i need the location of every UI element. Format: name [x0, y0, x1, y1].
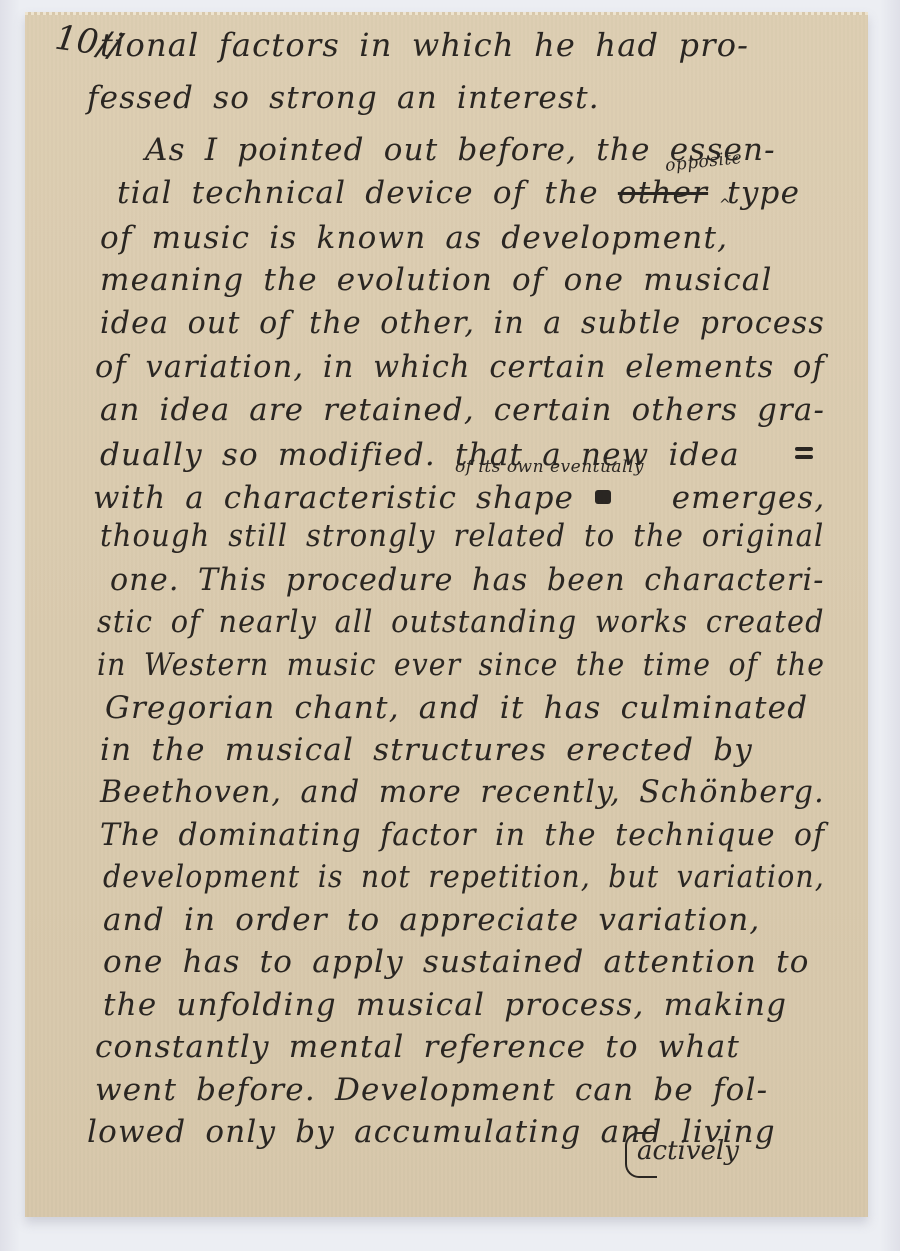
text-line-22: one has to apply sustained attention to — [103, 944, 810, 980]
text-line-5: of music is known as development, — [100, 220, 728, 256]
text-line-6: meaning the evolution of one musical — [100, 262, 773, 298]
text-line-13: one. This procedure has been characteri- — [110, 562, 825, 598]
text-line-8: of variation, in which certain elements … — [95, 349, 825, 385]
text-line-11: with a characteristic shape emerges, — [93, 480, 825, 516]
text-line-15: in Western music ever since the time of … — [97, 647, 825, 683]
insertion-actively: actively — [637, 1136, 739, 1166]
scribbled-out-mark-1b — [795, 455, 813, 459]
text-line-25: went before. Development can be fol- — [95, 1072, 768, 1108]
text-line-16: Gregorian chant, and it has culminated — [105, 690, 808, 726]
text-line-14: stic of nearly all outstanding works cre… — [97, 604, 825, 640]
text-line-18: Beethoven, and more recently, Schönberg. — [100, 774, 825, 810]
line-11-before: with a characteristic shape — [93, 480, 574, 516]
text-line-23: the unfolding musical process, making — [103, 987, 787, 1023]
text-line-21: and in order to appreciate variation, — [103, 902, 760, 938]
text-line-1: tional factors in which he had pro- — [100, 26, 749, 64]
text-line-2: fessed so strong an interest. — [87, 80, 600, 116]
text-line-17: in the musical structures erected by — [100, 732, 753, 768]
scribbled-out-mark-2 — [595, 490, 611, 504]
text-line-19: The dominating factor in the technique o… — [100, 817, 825, 853]
text-line-12: though still strongly related to the ori… — [100, 518, 824, 554]
line-11-after: emerges, — [672, 480, 826, 516]
scribbled-out-mark-1 — [795, 447, 813, 451]
text-line-24: constantly mental reference to what — [95, 1029, 740, 1065]
struck-word-other: other — [618, 175, 708, 211]
text-line-4: tial technical device of the other type — [117, 175, 800, 211]
text-line-9: an idea are retained, certain others gra… — [100, 392, 825, 428]
line-4-before: tial technical device of the — [117, 175, 618, 211]
manuscript-page: 10// tional factors in which he had pro-… — [25, 12, 868, 1217]
insertion-caret: ^ — [719, 197, 731, 213]
text-line-7: idea out of the other, in a subtle proce… — [100, 305, 825, 341]
insertion-of-its-own-eventually: of its own eventually — [455, 457, 644, 477]
text-line-20: development is not repetition, but varia… — [103, 859, 825, 895]
perforated-top-edge — [25, 12, 868, 15]
